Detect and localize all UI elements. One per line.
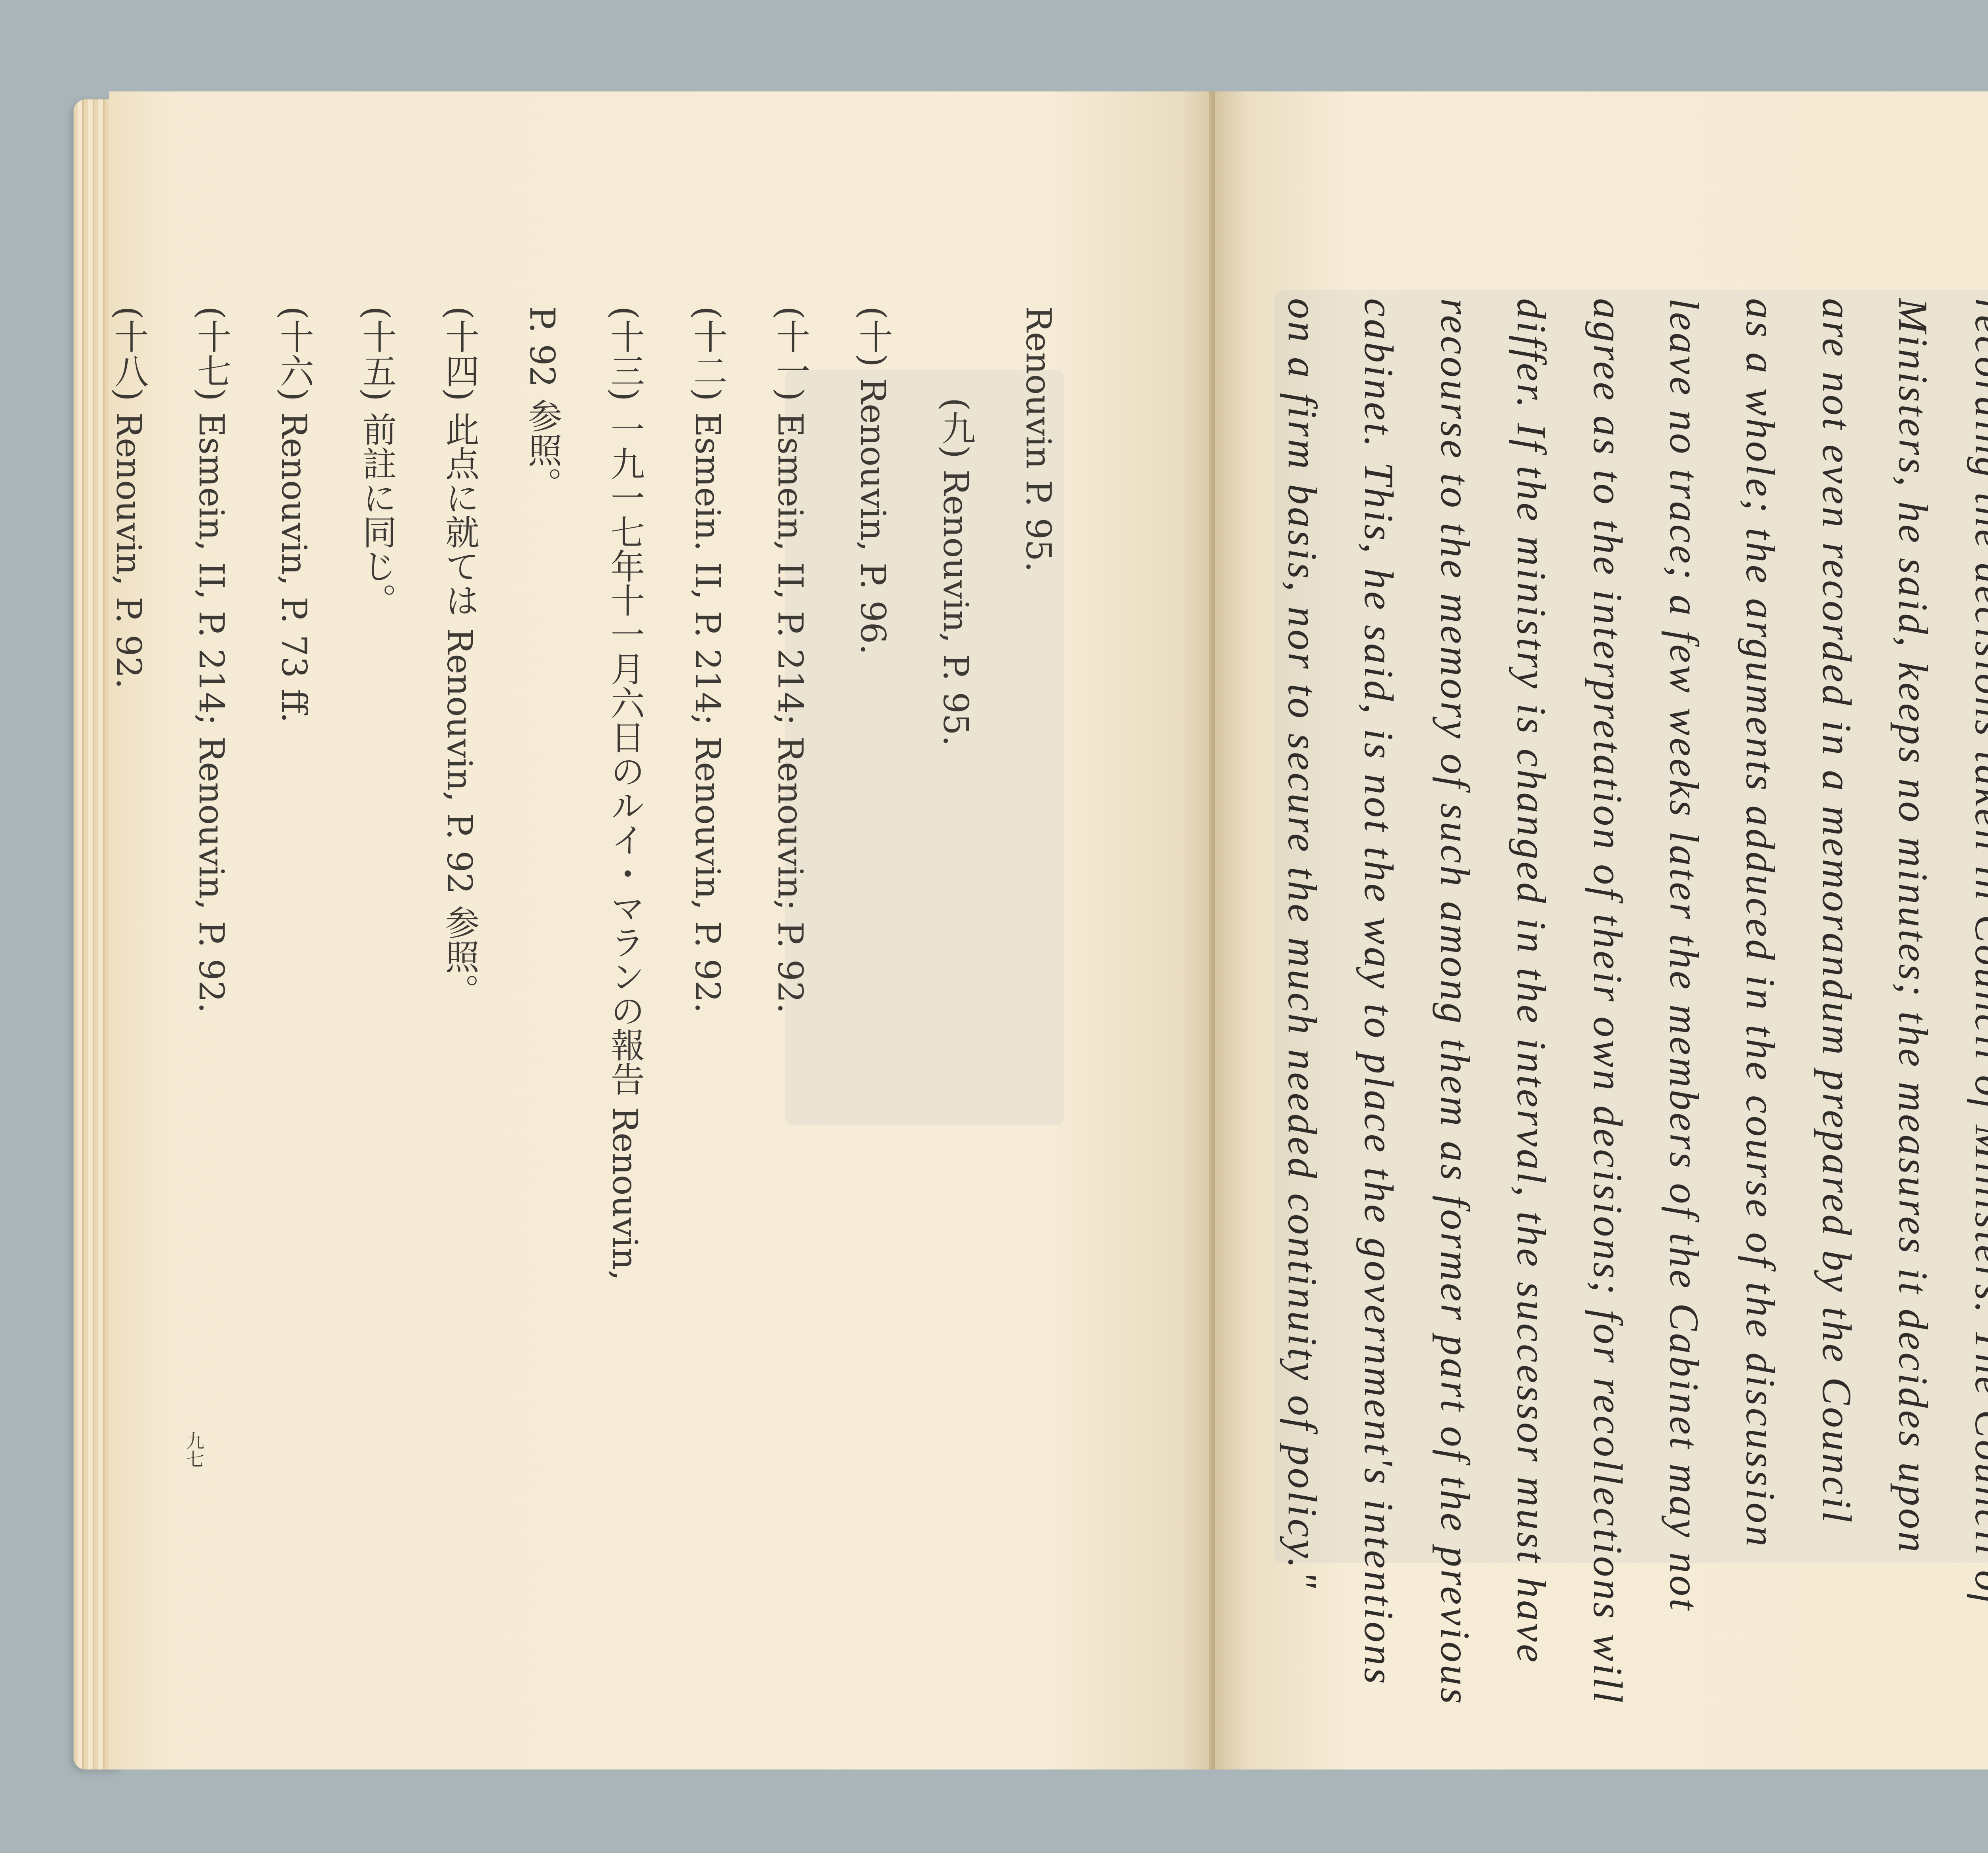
- text-line: recording the decisions taken in Council…: [1951, 298, 1988, 1571]
- handwritten-body-text: particular the guidance of interdepartme…: [1264, 298, 1988, 1571]
- text-line: leave no trace; a few weeks later the me…: [1646, 298, 1722, 1571]
- text-line: Ministers, he said, keeps no minutes; th…: [1875, 298, 1951, 1571]
- left-page: Renouvin P. 95. (九) Renouvin, P. 95. (十)…: [109, 91, 1215, 1769]
- open-book: Renouvin P. 95. (九) Renouvin, P. 95. (十)…: [74, 91, 1988, 1777]
- footnote-line: (十五) 前註に同じ。: [335, 306, 418, 1499]
- footnote-line: (十三) 一九一七年十一月六日のルイ・マランの報告 Renouvin,: [583, 306, 666, 1499]
- page-number: 九七: [181, 1432, 207, 1468]
- text-line: agree as to the interpretation of their …: [1569, 298, 1646, 1571]
- footnote-line: (十二) Esmein. II, P. 214; Renouvin, P. 92…: [666, 306, 749, 1499]
- footnote-line: (十六) Renouvin, P. 73 ff.: [252, 306, 335, 1499]
- footnote-line: (十八) Renouvin, P. 92.: [87, 306, 170, 1499]
- text-line: are not even recorded in a memorandum pr…: [1798, 298, 1875, 1571]
- footnote-line: (九) Renouvin, P. 95.: [914, 306, 997, 1499]
- footnotes-block: Renouvin P. 95. (九) Renouvin, P. 95. (十)…: [87, 306, 1079, 1499]
- right-page: particular the guidance of interdepartme…: [1215, 91, 1988, 1769]
- footnote-line: P. 92 参照。: [501, 306, 583, 1499]
- text-line: recourse to the memory of such among the…: [1417, 298, 1493, 1571]
- footnote-line: (十七) Esmein, II, P. 214; Renouvin, P. 92…: [170, 306, 252, 1499]
- footnote-line: (十) Renouvin, P. 96.: [831, 306, 914, 1499]
- footnote-line: (十四) 此点に就ては Renouvin, P. 92 参照。: [418, 306, 501, 1499]
- text-line: as a whole; the arguments adduced in the…: [1722, 298, 1798, 1571]
- text-line: cabinet. This, he said, is not the way t…: [1340, 298, 1417, 1571]
- text-line: on a firm basis, nor to secure the much …: [1264, 298, 1340, 1571]
- footnote-line: (十一) Esmein, II, P. 214; Renouvin; P. 92…: [749, 306, 831, 1499]
- footnote-line: Renouvin P. 95.: [997, 306, 1079, 1499]
- text-line: differ. If the ministry is changed in th…: [1493, 298, 1569, 1571]
